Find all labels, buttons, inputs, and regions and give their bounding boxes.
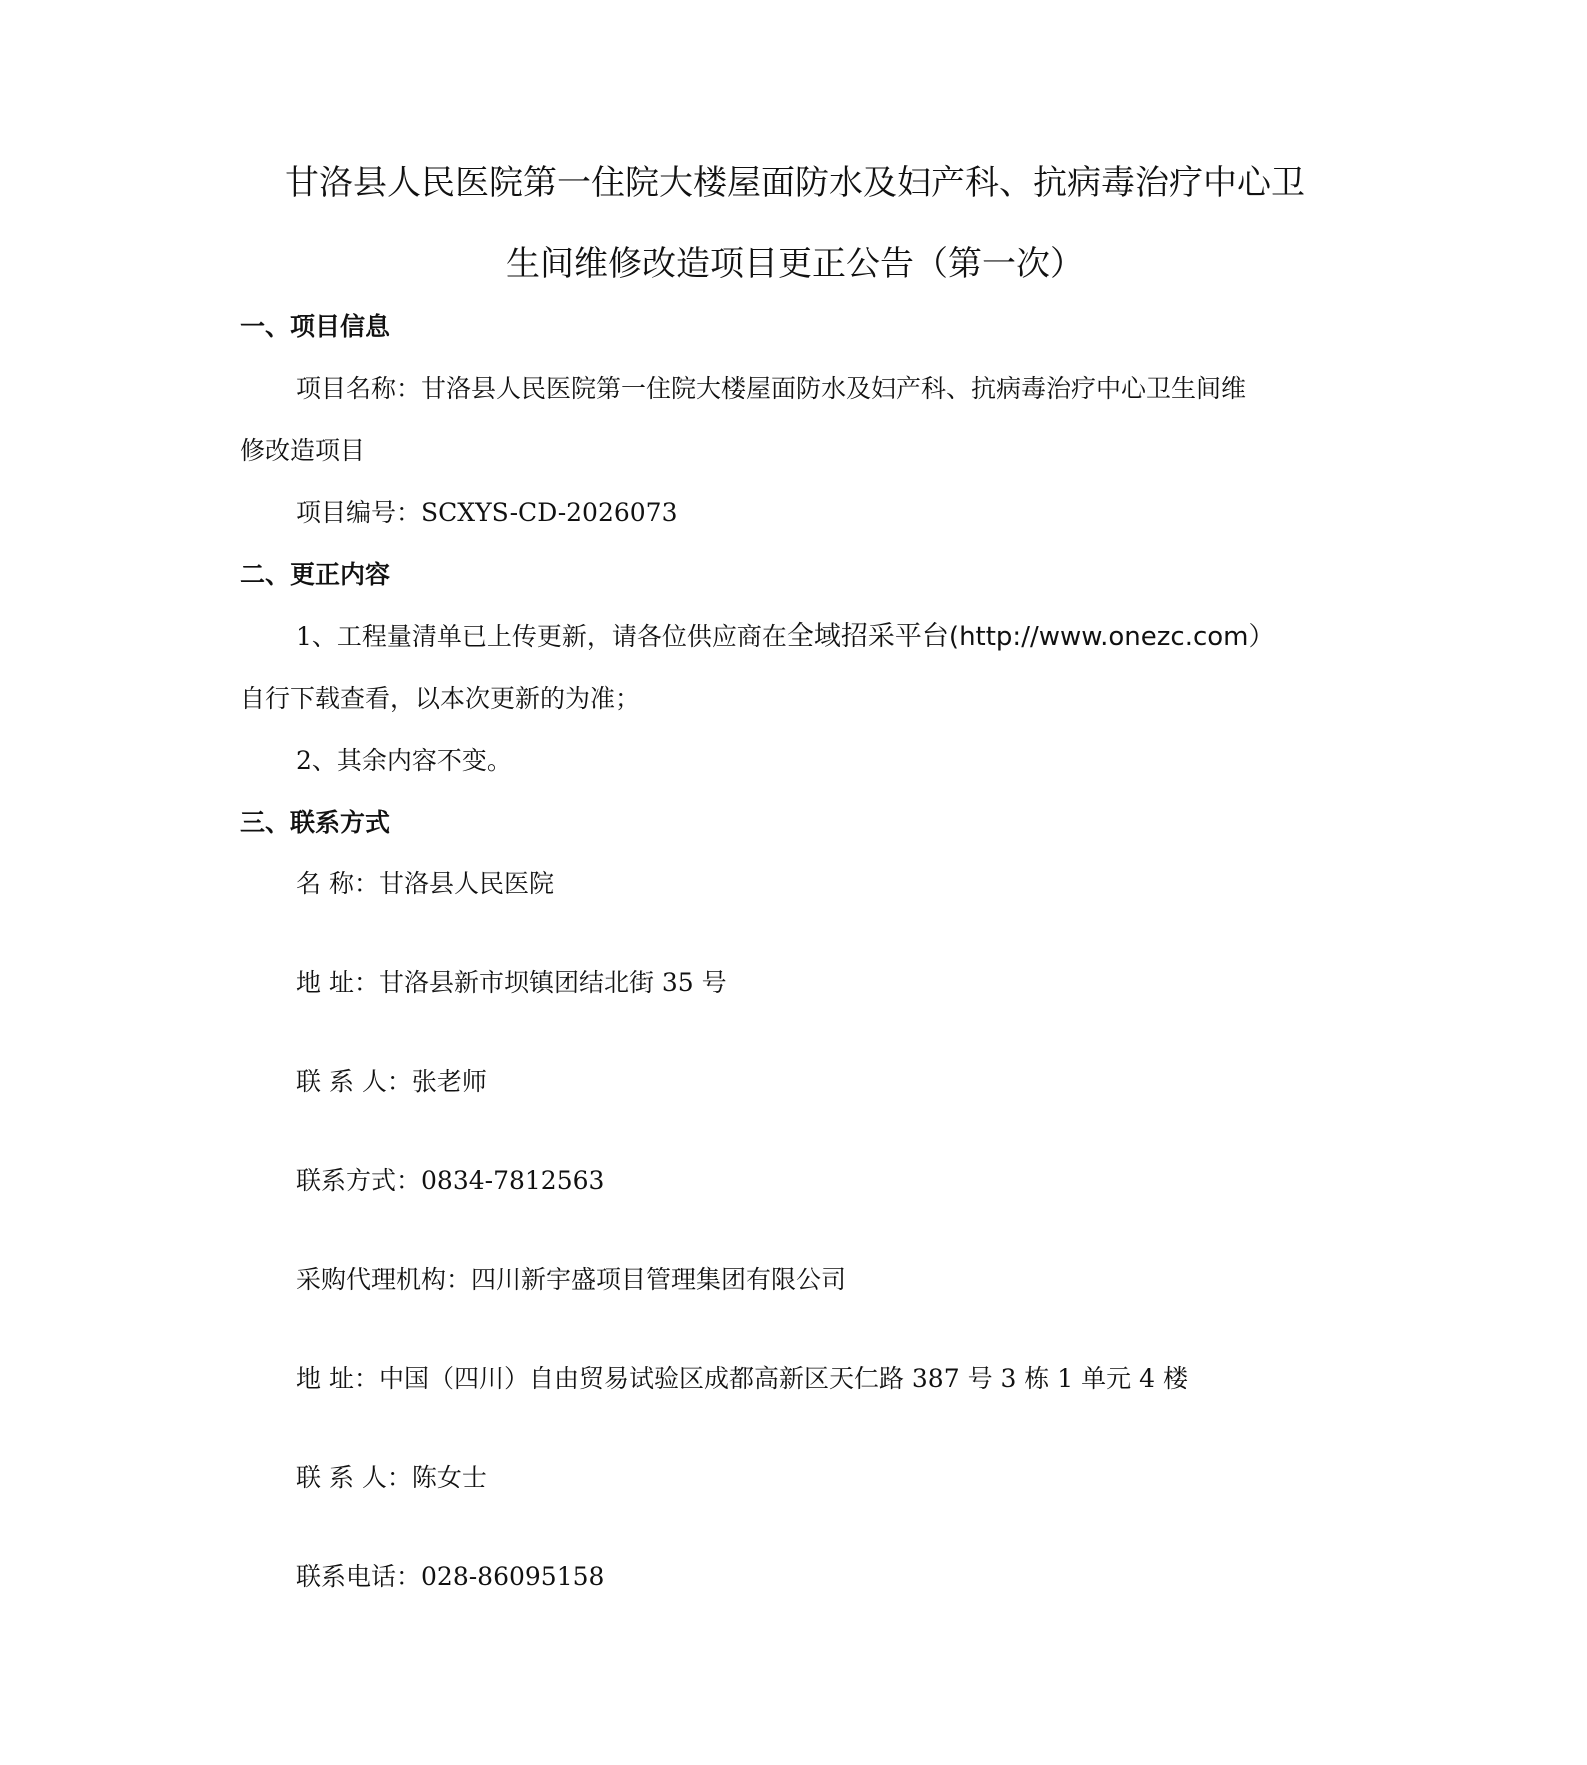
contact-value: 028-86095158 bbox=[421, 1562, 604, 1591]
project-name-line1: 项目名称：甘洛县人民医院第一住院大楼屋面防水及妇产科、抗病毒治疗中心卫生间维 bbox=[296, 374, 1246, 404]
contact-label: 联 系 人： bbox=[296, 1463, 412, 1492]
project-number: 项目编号：SCXYS-CD-2026073 bbox=[296, 498, 678, 528]
platform-url-link[interactable]: (http://www.onezc.com） bbox=[949, 622, 1275, 652]
correction-item-1-text: 1、工程量清单已上传更新，请各位供应商在 bbox=[296, 622, 787, 651]
contact-row-phone: 联系方式：0834-7812563 bbox=[296, 1166, 604, 1196]
project-name-label: 项目名称： bbox=[296, 374, 421, 403]
contact-label: 联 系 人： bbox=[296, 1067, 412, 1096]
contact-value: 张老师 bbox=[412, 1067, 487, 1096]
contact-value: 四川新宇盛项目管理集团有限公司 bbox=[471, 1265, 846, 1294]
contact-value: 0834-7812563 bbox=[421, 1166, 604, 1195]
contact-row-person: 联 系 人：张老师 bbox=[296, 1067, 487, 1097]
contact-row-name: 名 称：甘洛县人民医院 bbox=[296, 869, 554, 899]
contact-label: 联系方式： bbox=[296, 1166, 421, 1195]
contact-row-agency-address: 地 址：中国（四川）自由贸易试验区成都高新区天仁路 387 号 3 栋 1 单元… bbox=[296, 1364, 1188, 1394]
contact-row-agency: 采购代理机构：四川新宇盛项目管理集团有限公司 bbox=[296, 1265, 846, 1295]
platform-name: 全域招采平台 bbox=[787, 621, 949, 652]
project-number-value: SCXYS-CD-2026073 bbox=[421, 498, 677, 527]
correction-item-1: 1、工程量清单已上传更新，请各位供应商在全域招采平台(http://www.on… bbox=[296, 622, 1275, 652]
project-number-label: 项目编号： bbox=[296, 498, 421, 527]
project-name-line2: 修改造项目 bbox=[240, 436, 365, 466]
contact-value: 中国（四川）自由贸易试验区成都高新区天仁路 387 号 3 栋 1 单元 4 楼 bbox=[379, 1364, 1188, 1393]
section-heading-contact: 三、联系方式 bbox=[240, 808, 390, 838]
section-heading-corrections: 二、更正内容 bbox=[240, 560, 390, 590]
correction-item-2: 2、其余内容不变。 bbox=[296, 746, 512, 776]
contact-label: 采购代理机构： bbox=[296, 1265, 471, 1294]
contact-row-agency-phone: 联系电话：028-86095158 bbox=[296, 1562, 604, 1592]
contact-label: 地 址： bbox=[296, 968, 379, 997]
section-heading-project-info: 一、项目信息 bbox=[240, 312, 390, 342]
document-title-line2: 生间维修改造项目更正公告（第一次） bbox=[240, 236, 1350, 285]
contact-row-agency-person: 联 系 人：陈女士 bbox=[296, 1463, 487, 1493]
contact-label: 联系电话： bbox=[296, 1562, 421, 1591]
document-title-line1: 甘洛县人民医院第一住院大楼屋面防水及妇产科、抗病毒治疗中心卫 bbox=[240, 155, 1350, 204]
contact-label: 名 称： bbox=[296, 869, 379, 898]
correction-item-1-line2: 自行下载查看，以本次更新的为准； bbox=[240, 684, 640, 714]
contact-label: 地 址： bbox=[296, 1364, 379, 1393]
project-name-value: 甘洛县人民医院第一住院大楼屋面防水及妇产科、抗病毒治疗中心卫生间维 bbox=[421, 374, 1246, 403]
contact-value: 甘洛县新市坝镇团结北街 35 号 bbox=[379, 968, 727, 997]
contact-value: 甘洛县人民医院 bbox=[379, 869, 554, 898]
contact-value: 陈女士 bbox=[412, 1463, 487, 1492]
contact-row-address: 地 址：甘洛县新市坝镇团结北街 35 号 bbox=[296, 968, 727, 998]
